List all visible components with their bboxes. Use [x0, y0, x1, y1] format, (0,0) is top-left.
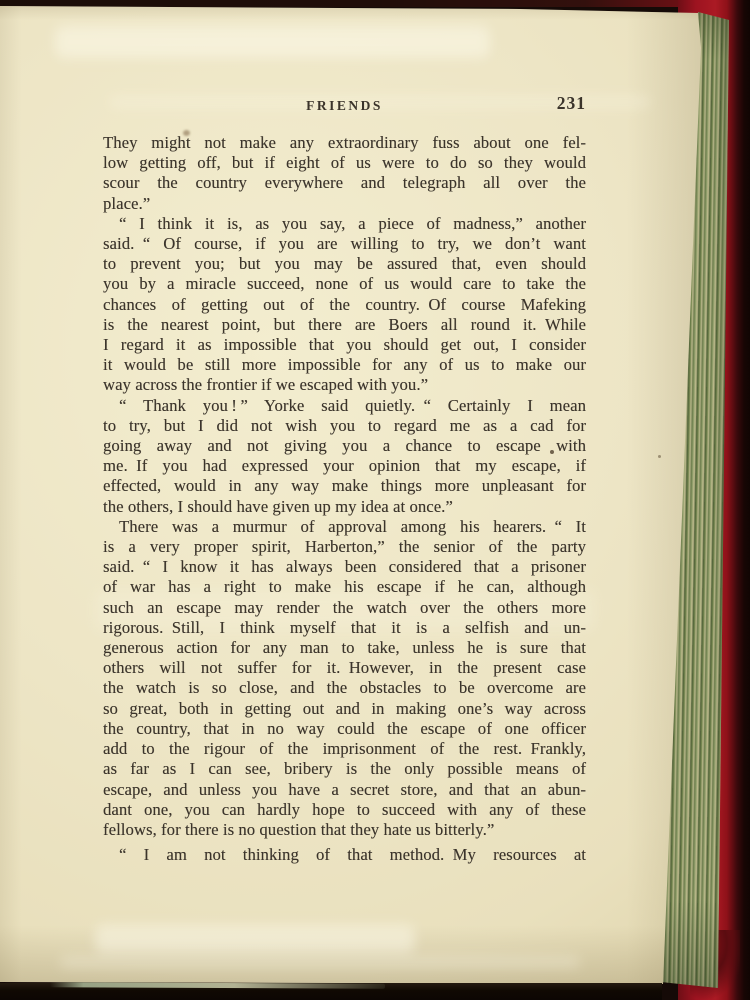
- paragraph: “ I am not thinking of that method. My r…: [103, 845, 586, 865]
- paragraph: They might not make any extraordinary fu…: [103, 133, 586, 214]
- text-line: the country, that in no way could the es…: [103, 719, 586, 739]
- text-line: is the nearest point, but there are Boer…: [103, 315, 586, 335]
- text-line: scour the country everywhere and telegra…: [103, 173, 586, 193]
- text-line: escape, and unless you have a secret sto…: [103, 780, 586, 800]
- text-line: fellows, for there is no question that t…: [103, 820, 586, 840]
- scan-light-band: [55, 26, 490, 58]
- text-line: rigorous. Still, I think myself that it …: [103, 618, 586, 638]
- text-line: dant one, you can hardly hope to succeed…: [103, 800, 586, 820]
- cover-top-shadow: [0, 0, 750, 7]
- text-line: such an escape may render the watch over…: [103, 598, 586, 618]
- text-line: way across the frontier if we escaped wi…: [103, 375, 586, 395]
- text-line: you by a miracle succeed, none of us wou…: [103, 274, 586, 294]
- text-line: so great, both in getting out and in mak…: [103, 699, 586, 719]
- paragraph: “ I think it is, as you say, a piece of …: [103, 214, 586, 396]
- text-line: as far as I can see, bribery is the only…: [103, 759, 586, 779]
- page-number: 231: [557, 93, 586, 114]
- text-line: low getting off, but if eight of us were…: [103, 153, 586, 173]
- text-line: place.”: [103, 194, 586, 214]
- text-line: “ I am not thinking of that method. My r…: [103, 845, 586, 865]
- text-line: There was a murmur of approval among his…: [103, 517, 586, 537]
- text-line: generous action for any man to take, unl…: [103, 638, 586, 658]
- text-line: They might not make any extraordinary fu…: [103, 133, 586, 153]
- text-line: said. “ Of course, if you are willing to…: [103, 234, 586, 254]
- text-line: effected, would in any way make things m…: [103, 476, 586, 496]
- book-scan: FRIENDS 231 They might not make any extr…: [0, 0, 750, 1000]
- paper-speck: [658, 455, 661, 458]
- text-line: “ I think it is, as you say, a piece of …: [103, 214, 586, 234]
- text-line: chances of getting out of the country. O…: [103, 295, 586, 315]
- text-line: to prevent you; but you may be assured t…: [103, 254, 586, 274]
- paragraph: There was a murmur of approval among his…: [103, 517, 586, 840]
- text-line: to try, but I did not wish you to regard…: [103, 416, 586, 436]
- text-line: the others, I should have given up my id…: [103, 497, 586, 517]
- text-line: “ Thank you ! ” Yorke said quietly. “ Ce…: [103, 396, 586, 416]
- body-text: They might not make any extraordinary fu…: [103, 133, 586, 865]
- scan-light-band: [60, 956, 580, 968]
- text-line: others will not suffer for it. However, …: [103, 658, 586, 678]
- paragraph: “ Thank you ! ” Yorke said quietly. “ Ce…: [103, 396, 586, 517]
- text-line: said. “ I know it has always been consid…: [103, 557, 586, 577]
- text-line: is a very proper spirit, Harberton,” the…: [103, 537, 586, 557]
- running-head: FRIENDS 231: [103, 96, 586, 118]
- running-title: FRIENDS: [103, 98, 586, 114]
- text-line: me. If you had expressed your opinion th…: [103, 456, 586, 476]
- scan-light-band: [95, 925, 415, 953]
- text-line: of war has a right to make his escape if…: [103, 577, 586, 597]
- text-line: the watch is so close, and the obstacles…: [103, 678, 586, 698]
- text-line: add to the rigour of the imprisonment of…: [103, 739, 586, 759]
- text-line: it would be still more impossible for an…: [103, 355, 586, 375]
- text-line: going away and not giving you a chance t…: [103, 436, 586, 456]
- text-line: I regard it as impossible that you shoul…: [103, 335, 586, 355]
